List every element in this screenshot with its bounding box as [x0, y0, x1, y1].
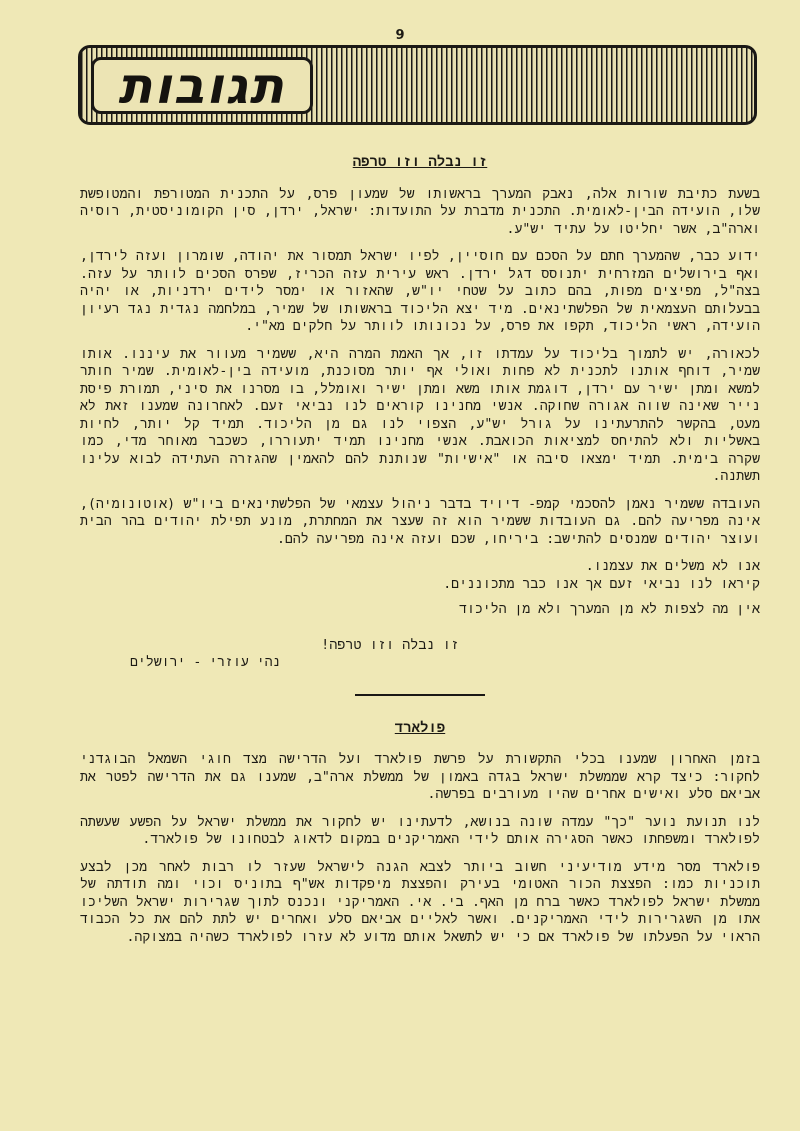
section-banner: תגובות — [78, 45, 757, 125]
page-number: 9 — [0, 28, 800, 43]
closing-line: קיראו לנו נביאי זעם אך אנו כבר מתכוננים. — [80, 576, 760, 594]
article-paragraph: בשעת כתיבת שורות אלה, נאבק המערך בראשותו… — [80, 186, 760, 239]
article-paragraph: ידוע כבר, שהמערך חתם על הסכם עם חוסיין, … — [80, 248, 760, 336]
closing-statement: אין מה לצפות לא מן המערך ולא מן הליכוד — [80, 601, 760, 619]
author-signature: נהי עוזרי - ירושלים — [130, 654, 760, 672]
section-divider — [355, 694, 485, 696]
article-paragraph: לכאורה, יש לתמוך בליכוד על עמדתו זו, אך … — [80, 346, 760, 486]
article-paragraph: בזמן האחרון שמענו בכלי התקשורת על פרשת פ… — [80, 751, 760, 804]
page-content: זו נבלה וזו טרפה בשעת כתיבת שורות אלה, נ… — [80, 150, 760, 956]
closing-line: אנו לא משלים את עצמנו. — [80, 558, 760, 576]
article-paragraph: פולארד מסר מידע מודיעיני חשוב ביותר לצבא… — [80, 859, 760, 947]
article-paragraph: העובדה ששמיר נאמן להסכמי קמפ- דיויד בדבר… — [80, 496, 760, 549]
closing-block: אנו לא משלים את עצמנו. קיראו לנו נביאי ז… — [80, 558, 760, 619]
slogan: זו נבלה וזו טרפה! — [80, 637, 700, 655]
article-paragraph: לנו תנועת נוער "כך" עמדה שונה בנושא, לדע… — [80, 814, 760, 849]
article-title: זו נבלה וזו טרפה — [80, 154, 760, 172]
banner-title: תגובות — [91, 57, 313, 114]
article-title: פולארד — [80, 720, 760, 738]
